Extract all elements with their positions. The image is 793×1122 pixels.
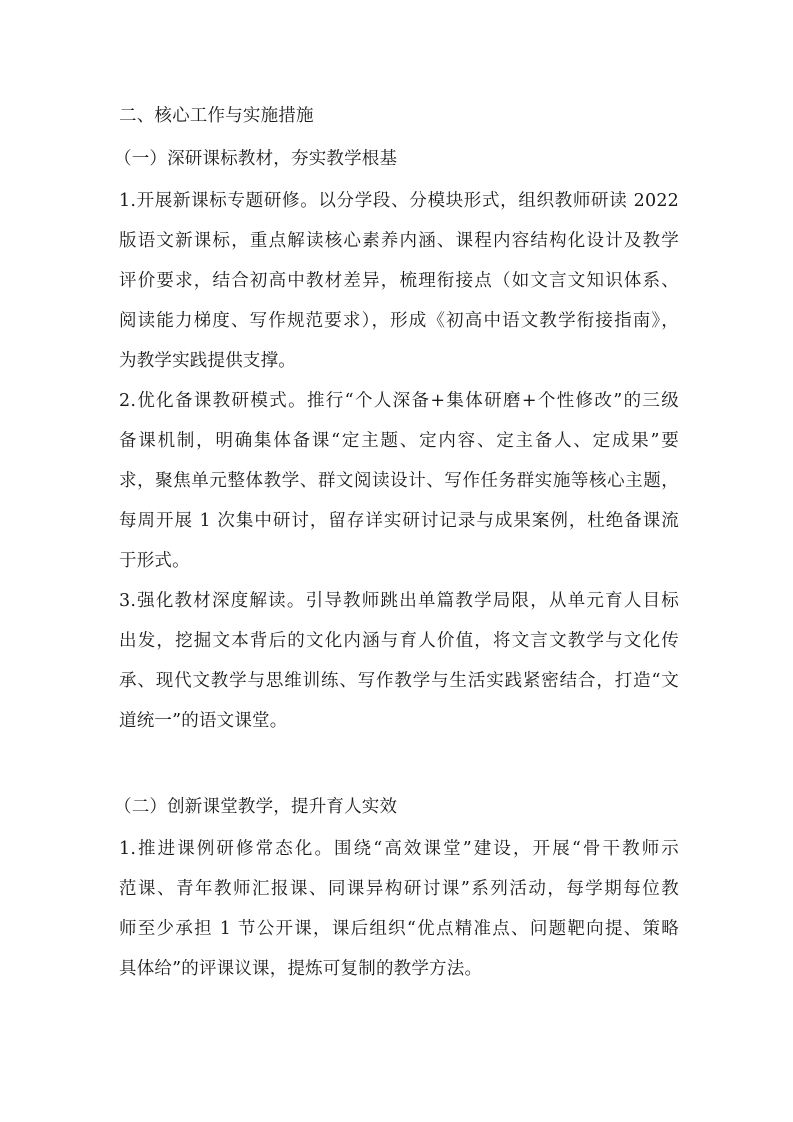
paragraph-line: 师至少承担 1 节公开课，课后组织“优点精准点、问题靶向提、策略	[119, 918, 679, 940]
paragraph-line: 具体给”的评课议课，提炼可复制的教学方法。	[119, 958, 482, 980]
paragraph-line: 版语文新课标，重点解读核心素养内涵、课程内容结构化设计及教学	[119, 230, 679, 252]
subsection-heading-2: （二）创新课堂教学，提升育人实效	[114, 796, 397, 818]
paragraph-line: 范课、青年教师汇报课、同课异构研讨课”系列活动，每学期每位教	[119, 878, 679, 900]
paragraph-line: 3.强化教材深度解读。引导教师跳出单篇教学局限，从单元育人目标	[119, 590, 679, 612]
paragraph-line: 1.推进课例研修常态化。围绕“高效课堂”建设，开展“骨干教师示	[119, 838, 679, 860]
paragraph-line: 阅读能力梯度、写作规范要求），形成《初高中语文教学衔接指南》，	[119, 310, 679, 332]
paragraph-line: 道统一”的语文课堂。	[119, 710, 287, 732]
paragraph-line: 评价要求，结合初高中教材差异，梳理衔接点（如文言文知识体系、	[119, 270, 679, 292]
paragraph-line: 出发，挖掘文本背后的文化内涵与育人价值，将文言文教学与文化传	[119, 630, 679, 652]
paragraph-line: 备课机制，明确集体备课“定主题、定内容、定主备人、定成果”要	[119, 430, 679, 452]
paragraph-line: 为教学实践提供支撑。	[119, 350, 296, 372]
section-heading: 二、核心工作与实施措施	[119, 105, 314, 127]
paragraph-line: 每周开展 1 次集中研讨，留存详实研讨记录与成果案例，杜绝备课流	[119, 510, 679, 532]
paragraph-line: 于形式。	[119, 550, 190, 572]
paragraph-line: 2.优化备课教研模式。推行“个人深备+集体研磨+个性修改”的三级	[119, 390, 679, 412]
paragraph-line: 求，聚焦单元整体教学、群文阅读设计、写作任务群实施等核心主题，	[119, 470, 679, 492]
document-page: 二、核心工作与实施措施 （一）深研课标教材，夯实教学根基 1.开展新课标专题研修…	[0, 0, 793, 1122]
paragraph-line: 1.开展新课标专题研修。以分学段、分模块形式，组织教师研读 2022	[119, 190, 679, 212]
paragraph-line: 承、现代文教学与思维训练、写作教学与生活实践紧密结合，打造“文	[119, 670, 679, 692]
subsection-heading-1: （一）深研课标教材，夯实教学根基	[114, 148, 397, 170]
